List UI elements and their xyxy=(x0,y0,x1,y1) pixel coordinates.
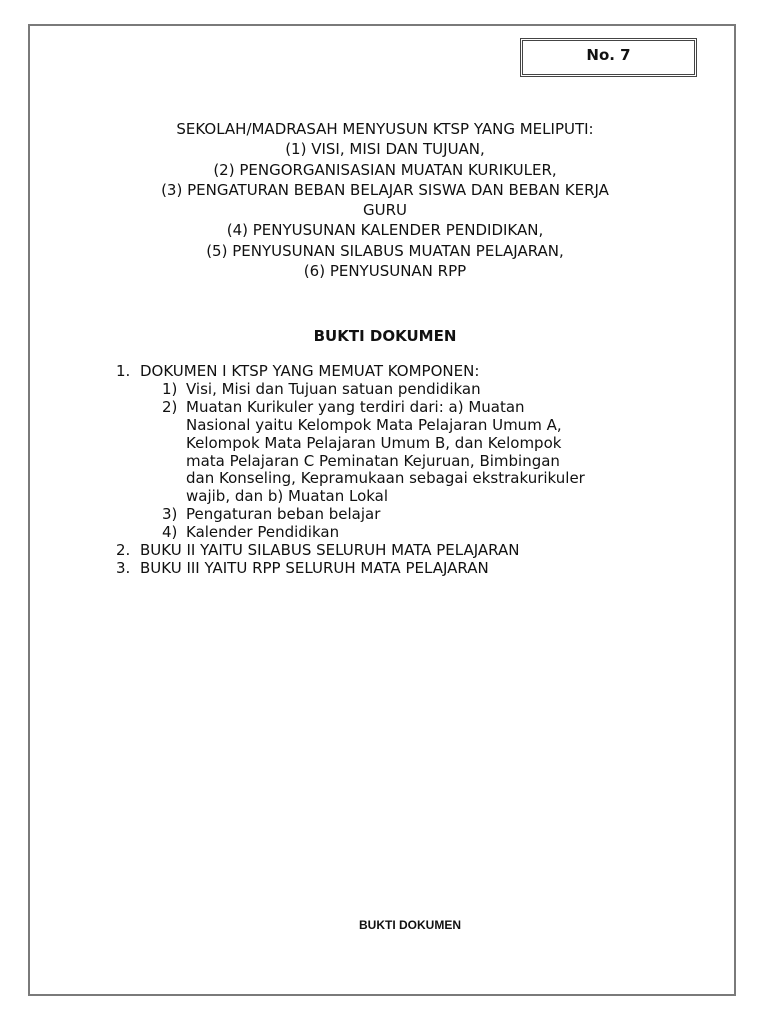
heading-line: (3) PENGATURAN BEBAN BELAJAR SISWA DAN B… xyxy=(100,180,670,200)
heading-line: (6) PENYUSUNAN RPP xyxy=(100,261,670,281)
list-text: Kalender Pendidikan xyxy=(186,523,339,541)
heading: SEKOLAH/MADRASAH MENYUSUN KTSP YANG MELI… xyxy=(100,119,670,281)
list-text: BUKU III YAITU RPP SELURUH MATA PELAJARA… xyxy=(140,559,489,577)
list-number: 3. xyxy=(116,560,140,578)
list-text: DOKUMEN I KTSP YANG MEMUAT KOMPONEN: xyxy=(140,362,479,380)
list-number: 2) xyxy=(162,399,186,417)
list-item: 3.BUKU III YAITU RPP SELURUH MATA PELAJA… xyxy=(116,560,686,578)
list-continuation: Nasional yaitu Kelompok Mata Pelajaran U… xyxy=(116,417,686,435)
list-number: 1) xyxy=(162,381,186,399)
list-text: Visi, Misi dan Tujuan satuan pendidikan xyxy=(186,380,481,398)
list-number: 1. xyxy=(116,363,140,381)
heading-line: (4) PENYUSUNAN KALENDER PENDIDIKAN, xyxy=(100,220,670,240)
heading-line: GURU xyxy=(100,200,670,220)
section-title: BUKTI DOKUMEN xyxy=(100,327,670,345)
document-list: 1.DOKUMEN I KTSP YANG MEMUAT KOMPONEN: 1… xyxy=(116,363,686,578)
list-text: BUKU II YAITU SILABUS SELURUH MATA PELAJ… xyxy=(140,541,519,559)
heading-line: SEKOLAH/MADRASAH MENYUSUN KTSP YANG MELI… xyxy=(100,119,670,139)
heading-line: (1) VISI, MISI DAN TUJUAN, xyxy=(100,139,670,159)
footer-label: BUKTI DOKUMEN xyxy=(300,918,520,932)
list-number: 4) xyxy=(162,524,186,542)
list-item: 2.BUKU II YAITU SILABUS SELURUH MATA PEL… xyxy=(116,542,686,560)
sub-list-item: 4)Kalender Pendidikan xyxy=(116,524,686,542)
heading-line: (2) PENGORGANISASIAN MUATAN KURIKULER, xyxy=(100,160,670,180)
list-continuation: wajib, dan b) Muatan Lokal xyxy=(116,488,686,506)
list-continuation: mata Pelajaran C Peminatan Kejuruan, Bim… xyxy=(116,453,686,471)
sub-list-item: 2)Muatan Kurikuler yang terdiri dari: a)… xyxy=(116,399,686,417)
list-continuation: Kelompok Mata Pelajaran Umum B, dan Kelo… xyxy=(116,435,686,453)
list-text: Pengaturan beban belajar xyxy=(186,505,380,523)
sub-list-item: 1)Visi, Misi dan Tujuan satuan pendidika… xyxy=(116,381,686,399)
list-number: 3) xyxy=(162,506,186,524)
list-continuation: dan Konseling, Kepramukaan sebagai ekstr… xyxy=(116,470,686,488)
list-text: Muatan Kurikuler yang terdiri dari: a) M… xyxy=(186,398,525,416)
heading-line: (5) PENYUSUNAN SILABUS MUATAN PELAJARAN, xyxy=(100,241,670,261)
list-item: 1.DOKUMEN I KTSP YANG MEMUAT KOMPONEN: xyxy=(116,363,686,381)
list-number: 2. xyxy=(116,542,140,560)
number-label: No. 7 xyxy=(586,46,630,64)
number-box: No. 7 xyxy=(520,38,697,77)
sub-list-item: 3)Pengaturan beban belajar xyxy=(116,506,686,524)
